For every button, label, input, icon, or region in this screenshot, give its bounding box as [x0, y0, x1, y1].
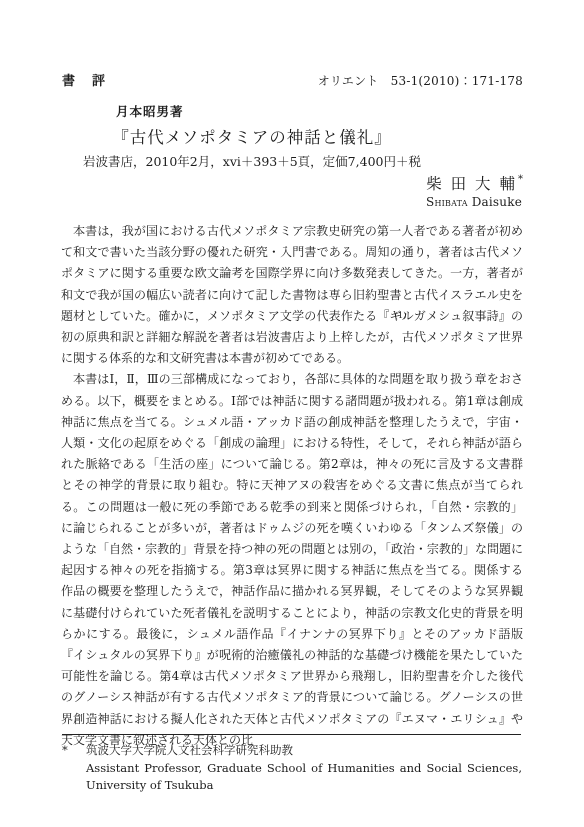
journal-citation: オリエント 53-1(2010)：171-178 [318, 72, 523, 89]
footnote-divider [62, 734, 521, 735]
reviewer-name-romanized: Shibata Daisuke [426, 195, 522, 210]
body-paragraph-2: 本書はⅠ，Ⅱ，Ⅲの三部構成になっており，各部に具体的な問題を取り扱う章をおさめる… [61, 369, 523, 751]
affiliation-footnote-body: 筑波大学大学院人文社会科学研究科助教 Assistant Professor, … [86, 742, 522, 795]
body-paragraph-1: 本書は，我が国における古代メソポタミア宗教史研究の第一人者である著者が初めて和文… [61, 221, 523, 369]
affiliation-footnote: * 筑波大学大学院人文社会科学研究科助教 Assistant Professor… [62, 742, 522, 795]
section-label: 書 評 [62, 70, 107, 89]
paragraph-1-text-before-note: 本書は，我が国における古代メソポタミア宗教史研究の第一人者である著者が初めて和文… [61, 224, 523, 344]
page-header: 書 評 オリエント 53-1(2010)：171-178 [62, 70, 523, 89]
reviewer-name-ja: 柴 田 大 輔 [426, 175, 517, 193]
review-body: 本書は，我が国における古代メソポタミア宗教史研究の第一人者である著者が初めて和文… [61, 221, 523, 751]
affiliation-japanese: 筑波大学大学院人文社会科学研究科助教 [86, 742, 522, 760]
footnote-ref-1-label: (1) [383, 306, 407, 327]
journal-page: 書 評 オリエント 53-1(2010)：171-178 月本昭男著 『古代メソ… [0, 0, 584, 827]
reviewer-surname-en: Shibata [426, 195, 468, 209]
reviewer-name: 柴 田 大 輔* [426, 175, 522, 194]
affiliation-footnote-marker: * [62, 742, 86, 795]
reviewer-given-name-en: Daisuke [472, 195, 522, 209]
affiliation-english: Assistant Professor, Graduate School of … [86, 760, 522, 795]
publication-line: 岩波書店，2010年2月，xvi＋393＋5頁，定価7,400円＋税 [0, 152, 504, 170]
reviewer-footnote-marker: * [518, 174, 523, 185]
reviewer-block: 柴 田 大 輔* Shibata Daisuke [426, 175, 522, 210]
book-author-line: 月本昭男著 [116, 102, 184, 120]
book-title: 『古代メソポタミアの神話と儀礼』 [0, 124, 504, 148]
